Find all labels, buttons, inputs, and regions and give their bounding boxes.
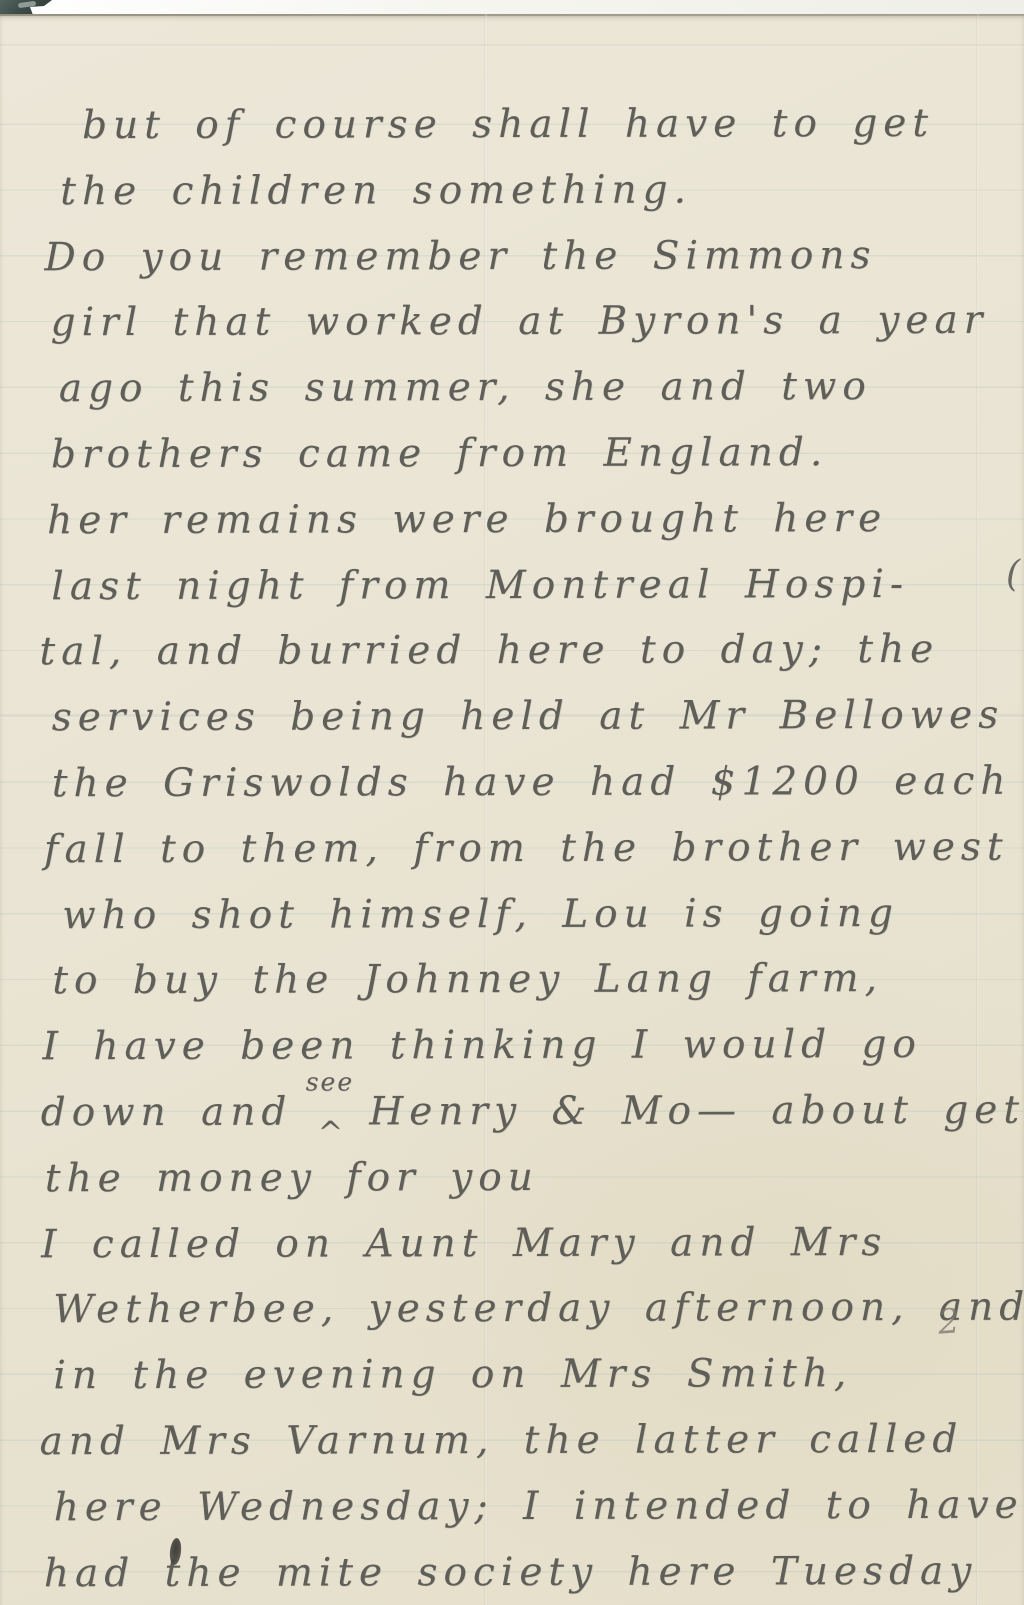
handwriting-line: to buy the Johnney Lang farm, — [0, 946, 1024, 1014]
handwriting-line: brothers came from England. — [0, 420, 1023, 488]
scanned-letter-page: but of course shall have to get the chil… — [0, 0, 1024, 1605]
handwriting-line-with-insertion: down and see ^ Henry & Mo— about getting — [1, 1078, 1024, 1146]
handwriting-line: Wetherbee, yesterday afternoon, and — [1, 1275, 1024, 1343]
handwriting-line: who shot himself, Lou is going — [0, 880, 1024, 948]
letter-paper: but of course shall have to get the chil… — [0, 14, 1024, 1605]
line-text-after-insertion: Henry & Mo— about getting — [369, 1087, 1024, 1134]
letter-body: but of course shall have to get the chil… — [0, 91, 1024, 1605]
insertion-point: see ^ — [322, 1114, 340, 1124]
handwriting-line: girl that worked at Byron's a year — [0, 288, 1023, 356]
insertion-caret: ^ — [318, 1118, 349, 1148]
handwriting-line: her remains were brought here — [0, 485, 1023, 553]
handwriting-line: and Mrs Varnum, the latter called — [1, 1407, 1024, 1475]
handwriting-line: here Wednesday; I intended to have — [2, 1472, 1024, 1540]
handwriting-line: but of course shall have to get — [0, 91, 1022, 159]
handwriting-line: the money for you — [1, 1143, 1024, 1211]
handwriting-line: last night from Montreal Hospi- — [0, 551, 1023, 619]
handwriting-line: Do you remember the Simmons — [0, 222, 1023, 290]
stray-pen-mark-right-edge: ( — [1006, 554, 1020, 595]
handwriting-line: in the evening on Mrs Smith, — [1, 1341, 1024, 1409]
handwriting-line: services being held at Mr Bellowes — [0, 683, 1024, 751]
stray-pen-squiggle: 2 — [937, 1301, 961, 1342]
line-text-before-insertion: down and — [41, 1090, 293, 1136]
handwriting-line: the Griswolds have had $1200 each — [0, 749, 1024, 817]
fold-crease-horizontal-top — [0, 44, 1024, 48]
handwriting-line: I have been thinking I would go — [0, 1012, 1024, 1080]
handwriting-line: the children something. — [0, 156, 1022, 224]
handwriting-line: I called on Aunt Mary and Mrs — [1, 1209, 1024, 1277]
handwriting-line: tal, and burried here to day; the — [0, 617, 1024, 685]
handwriting-line: ago this summer, she and two — [0, 354, 1023, 422]
inserted-word: see — [306, 1069, 354, 1094]
handwriting-line: fall to them, from the brother west — [0, 814, 1024, 882]
handwriting-line: had the mite society here Tuesday — [2, 1538, 1024, 1605]
